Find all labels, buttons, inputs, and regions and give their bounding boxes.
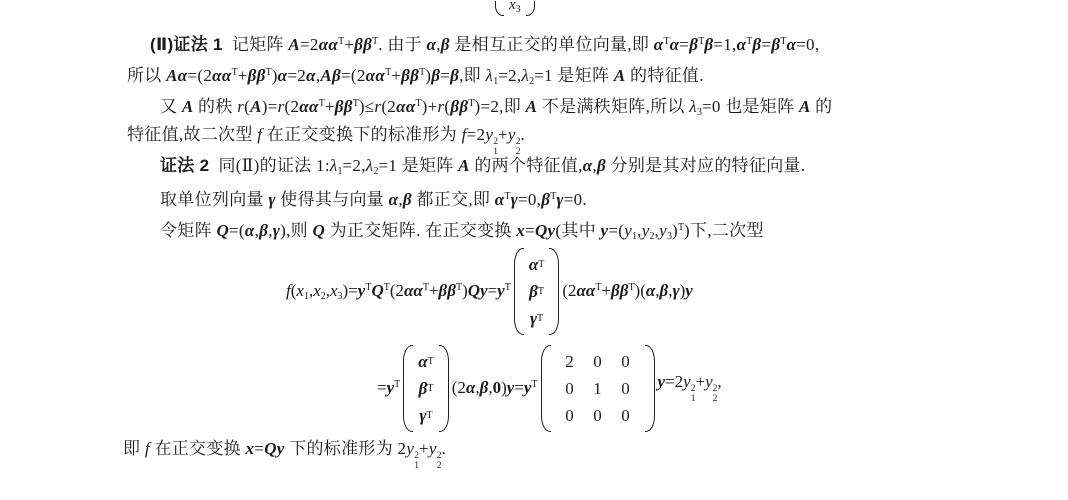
text-line-conclusion: 即 f 在正交变换 x=Qy 下的标准形为 2y21+y22. [123, 438, 446, 471]
text-line-proof1-intro: (Ⅱ)证法 1 记矩阵 A=2ααT+ββT. 由于 α,β 是相互正交的单位向… [150, 31, 819, 56]
diagonal-matrix-rows: 200010000 [551, 345, 645, 432]
cutoff-vector-x3: x3 [495, 0, 535, 16]
text-line-matrix-q: 令矩阵 Q=(α,β,γ),则 Q 为正交矩阵. 在正交变换 x=Qy(其中 y… [160, 217, 764, 248]
paren-left-icon [403, 345, 413, 432]
text-line-proof2-intro: 证法 2 同(Ⅱ)的证法 1:λ1=2,λ2=1 是矩阵 A 的两个特征值,α,… [160, 155, 805, 183]
diagonal-matrix-200-010-000: 200010000 [541, 345, 655, 432]
text-line-rank-argument: 又 A 的秩 r(A)=r(2ααT+ββT)≤r(2ααT)+r(ββT)=2… [160, 93, 832, 124]
paren-bottom-left-icon [495, 1, 504, 16]
fragment-text: x3 [504, 0, 526, 16]
paren-right-icon [645, 345, 655, 432]
formula2-left-run: =yT [377, 378, 400, 398]
text-line-eigen-compute: 所以 Aα=(2ααT+ββT)α=2α,Aβ=(2ααT+ββT)β=β,即 … [127, 62, 704, 93]
column-vector-abg: αTβTγT [514, 248, 560, 335]
paren-right-icon [439, 345, 449, 432]
paren-bottom-right-icon [526, 1, 535, 16]
text-line-gamma-vector: 取单位列向量 γ 使得其与向量 α,β 都正交,即 αTγ=0,βTγ=0. [160, 186, 587, 211]
formula2-right-run: y=2y21+y22, [658, 372, 722, 404]
paren-left-icon [514, 248, 524, 335]
formula1-right-run: (2ααT+ββT)(α,β,γ)y [562, 281, 692, 301]
paren-left-icon [541, 345, 551, 432]
paren-right-icon [549, 248, 559, 335]
formula2-mid-run: (2α,β,0)y=yT [452, 378, 538, 398]
column-vector-rows: αTβTγT [413, 345, 439, 432]
column-vector-rows: αTβTγT [524, 248, 550, 335]
column-vector-abg-2: αTβTγT [403, 345, 449, 432]
formula1-left-run: f(x1,x2,x3)=yTQT(2ααT+ββT)Qy=yT [286, 281, 511, 302]
display-formula-2: =yT αTβTγT (2α,β,0)y=yT 200010000 y=2y21… [377, 342, 722, 434]
text-line-standard-form: 特征值,故二次型 f 在正交变换下的标准形为 f=2y21+y22. [127, 124, 525, 157]
document-page: x3 (Ⅱ)证法 1 记矩阵 A=2ααT+ββT. 由于 α,β 是相互正交的… [0, 0, 1068, 500]
display-formula-1: f(x1,x2,x3)=yTQT(2ααT+ββT)Qy=yT αTβTγT (… [286, 246, 693, 336]
